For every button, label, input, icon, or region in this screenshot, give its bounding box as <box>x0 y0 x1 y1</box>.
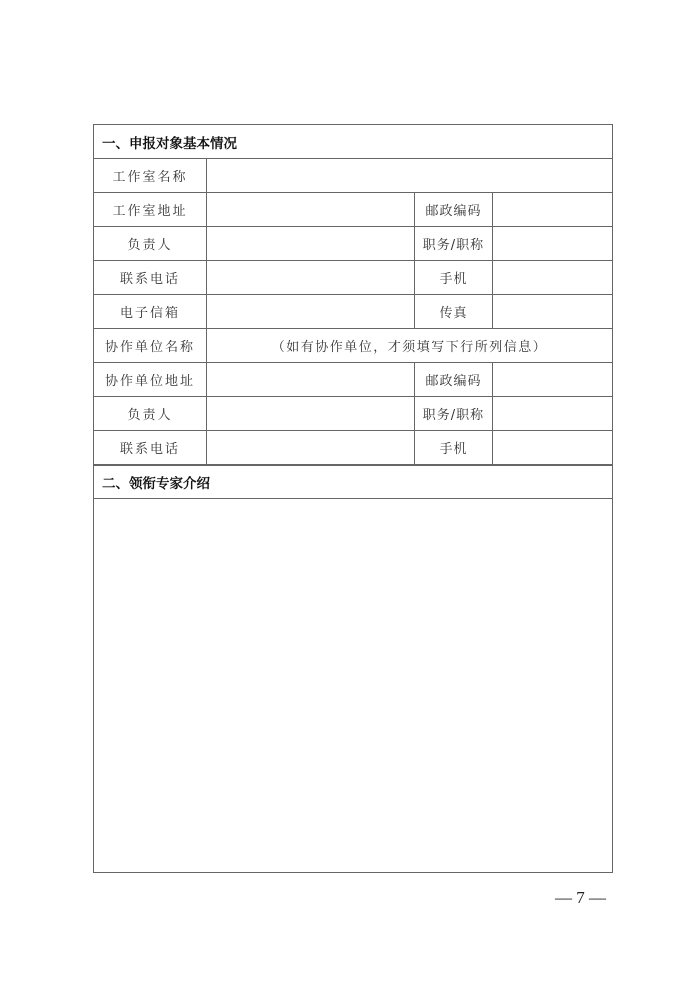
label-position-title: 职务/职称 <box>415 227 493 260</box>
row-studio-address: 工作室地址 邮政编码 <box>94 193 612 227</box>
label-postal-code: 邮政编码 <box>415 193 493 226</box>
field-partner-person-in-charge[interactable] <box>207 397 415 430</box>
field-fax[interactable] <box>493 295 612 328</box>
label-fax: 传真 <box>415 295 493 328</box>
field-studio-name[interactable] <box>207 159 612 192</box>
label-studio-name: 工作室名称 <box>94 159 207 192</box>
row-email: 电子信箱 传真 <box>94 295 612 329</box>
row-contact-phone: 联系电话 手机 <box>94 261 612 295</box>
label-partner-mobile: 手机 <box>415 431 493 464</box>
field-mobile[interactable] <box>493 261 612 294</box>
application-form: 一、申报对象基本情况 工作室名称 工作室地址 邮政编码 负责人 职务/职称 联系… <box>93 124 613 873</box>
row-studio-name: 工作室名称 <box>94 159 612 193</box>
field-contact-phone[interactable] <box>207 261 415 294</box>
field-position-title[interactable] <box>493 227 612 260</box>
row-person-in-charge: 负责人 职务/职称 <box>94 227 612 261</box>
row-partner-contact-phone: 联系电话 手机 <box>94 431 612 465</box>
section-header-basic-info: 一、申报对象基本情况 <box>94 125 612 159</box>
label-partner-postal-code: 邮政编码 <box>415 363 493 396</box>
label-partner-contact-phone: 联系电话 <box>94 431 207 464</box>
row-partner-name: 协作单位名称 （如有协作单位，才须填写下行所列信息） <box>94 329 612 363</box>
section-header-expert-intro: 二、领衔专家介绍 <box>94 465 612 499</box>
field-expert-intro[interactable] <box>94 499 612 872</box>
label-partner-person-in-charge: 负责人 <box>94 397 207 430</box>
label-email: 电子信箱 <box>94 295 207 328</box>
label-partner-position-title: 职务/职称 <box>415 397 493 430</box>
label-partner-name: 协作单位名称 <box>94 329 207 362</box>
label-person-in-charge: 负责人 <box>94 227 207 260</box>
field-partner-contact-phone[interactable] <box>207 431 415 464</box>
label-contact-phone: 联系电话 <box>94 261 207 294</box>
row-partner-person-in-charge: 负责人 职务/职称 <box>94 397 612 431</box>
field-partner-position-title[interactable] <box>493 397 612 430</box>
label-mobile: 手机 <box>415 261 493 294</box>
field-postal-code[interactable] <box>493 193 612 226</box>
page-number: — 7 — <box>555 888 606 908</box>
row-partner-address: 协作单位地址 邮政编码 <box>94 363 612 397</box>
label-studio-address: 工作室地址 <box>94 193 207 226</box>
field-person-in-charge[interactable] <box>207 227 415 260</box>
field-studio-address[interactable] <box>207 193 415 226</box>
field-partner-postal-code[interactable] <box>493 363 612 396</box>
label-partner-address: 协作单位地址 <box>94 363 207 396</box>
field-email[interactable] <box>207 295 415 328</box>
field-partner-name[interactable]: （如有协作单位，才须填写下行所列信息） <box>207 329 612 362</box>
field-partner-address[interactable] <box>207 363 415 396</box>
field-partner-mobile[interactable] <box>493 431 612 464</box>
